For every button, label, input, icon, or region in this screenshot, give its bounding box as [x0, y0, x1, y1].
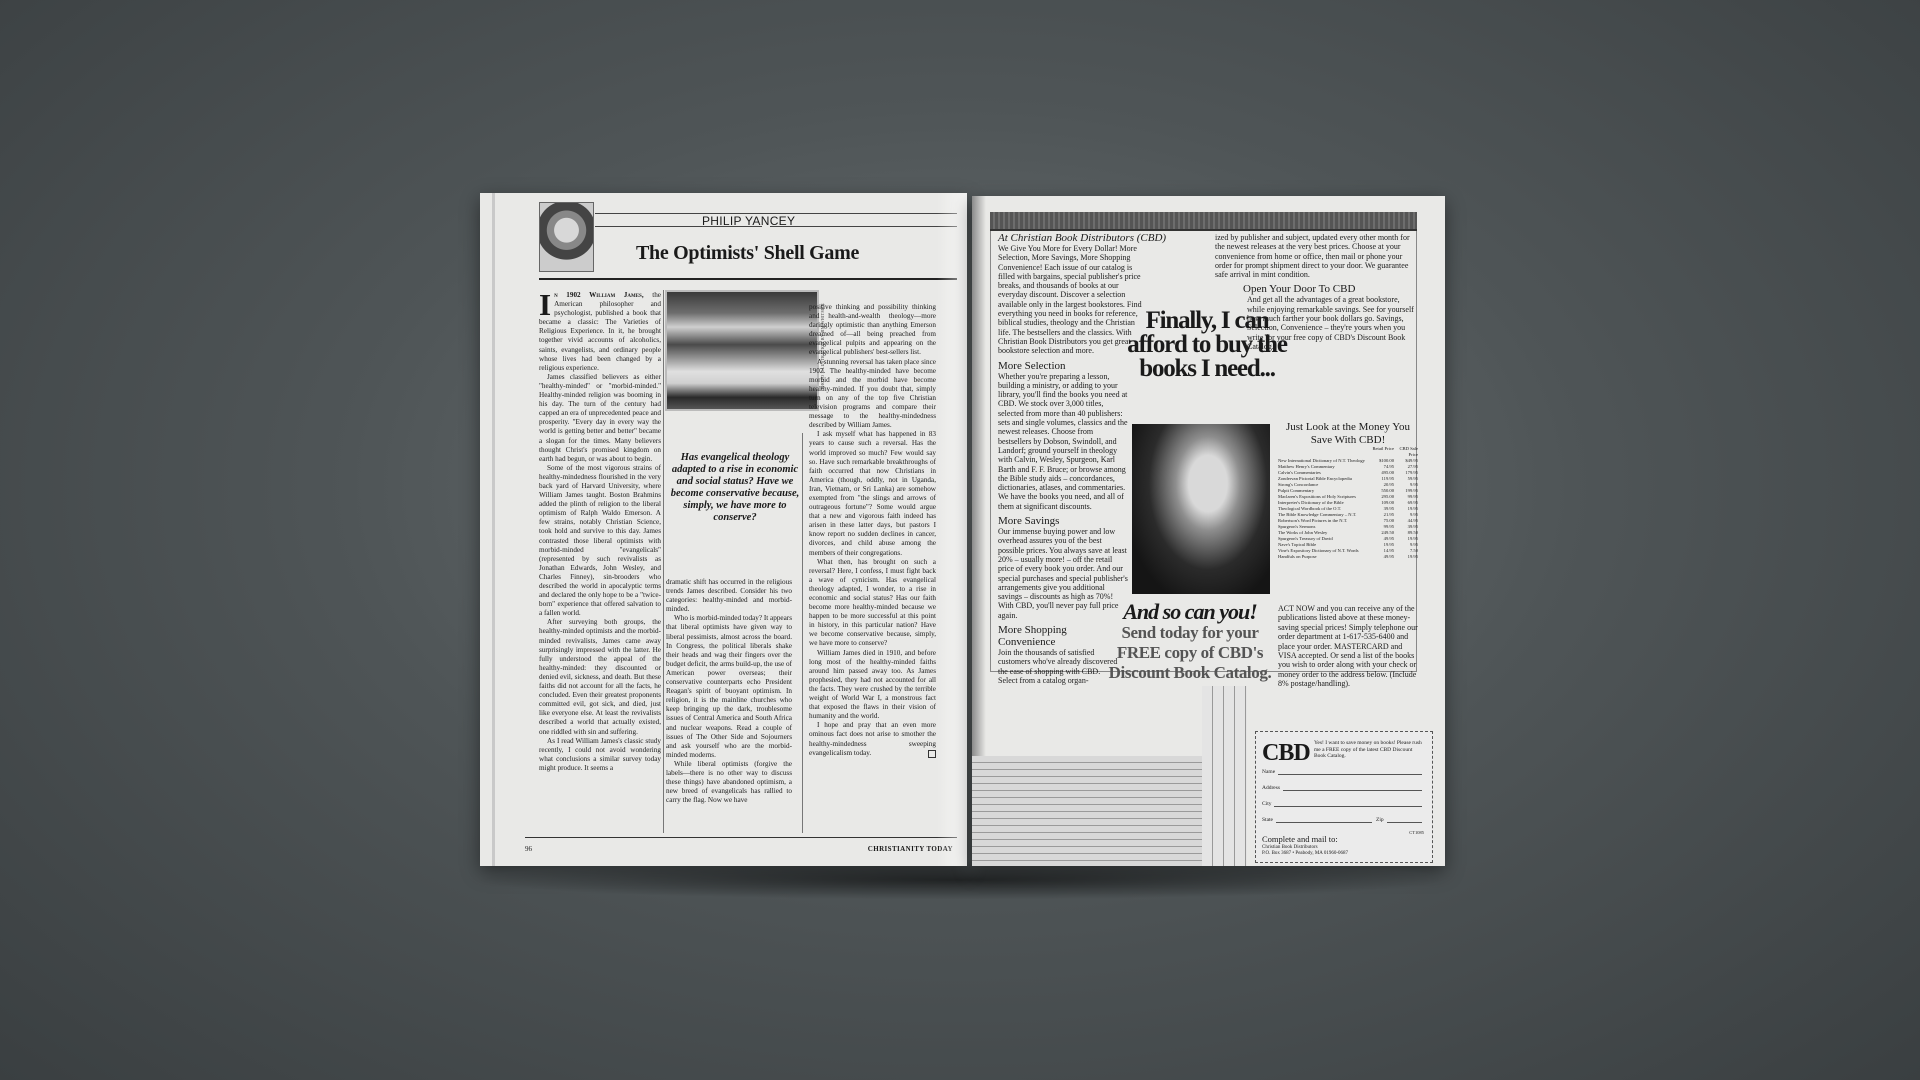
- retail-price-header: Retail Price: [1370, 446, 1394, 458]
- paragraph: A stunning reversal has taken place sinc…: [809, 358, 936, 431]
- paragraph-text: I hope and pray that an even more ominou…: [809, 721, 936, 756]
- act-now-text: ACT NOW and you can receive any of the p…: [1278, 604, 1418, 689]
- catalog-text: ized by publisher and subject, updated e…: [1215, 233, 1420, 279]
- paragraph: While liberal optimists (forgive the lab…: [666, 760, 792, 805]
- city-field[interactable]: City: [1262, 800, 1422, 807]
- cbd-logo: CBD: [1262, 740, 1310, 767]
- paragraph: After surveying both groups, the healthy…: [539, 618, 661, 736]
- door-heading: Open Your Door To CBD: [1243, 283, 1420, 295]
- column-rule: [802, 433, 803, 833]
- author-portrait-image: [539, 202, 594, 272]
- field-label: City: [1262, 801, 1271, 807]
- magazine-name: CHRISTIANITY TODAY: [868, 845, 953, 853]
- end-mark-icon: [928, 750, 936, 758]
- field-label: Name: [1262, 769, 1275, 775]
- pull-quote: Has evangelical theology adapted to a ri…: [670, 452, 800, 524]
- top-band: [990, 212, 1417, 231]
- author-byline: PHILIP YANCEY: [702, 214, 795, 228]
- left-page: PHILIP YANCEY The Optimists' Shell Game …: [480, 193, 967, 866]
- convenience-text: Join the thousands of satisfied customer…: [998, 648, 1118, 685]
- mail-address: Christian Book Distributors P.O. Box 368…: [1262, 845, 1348, 857]
- name-field[interactable]: Name: [1262, 768, 1422, 775]
- order-coupon: CBD Yes! I want to save money on books! …: [1255, 731, 1433, 863]
- paragraph: dramatic shift has occurred in the relig…: [666, 578, 792, 614]
- price-table-header: Retail Price CBD Sale Price: [1278, 446, 1418, 458]
- paragraph: positive thinking and possibility thinki…: [809, 303, 936, 358]
- sailboat-photo: [665, 290, 819, 411]
- paragraph: I hope and pray that an even more ominou…: [809, 721, 936, 757]
- man-with-glasses-photo: [1132, 424, 1270, 594]
- zip-field[interactable]: Zip: [1376, 816, 1422, 823]
- address-field[interactable]: Address: [1262, 784, 1422, 791]
- sale-price-header: CBD Sale Price: [1394, 446, 1418, 458]
- ad-headline: Finally, I can afford to buy the books I…: [1122, 309, 1292, 381]
- paragraph: William James died in 1910, and before l…: [809, 649, 936, 722]
- paragraph: Some of the most vigorous strains of hea…: [539, 464, 661, 619]
- column-rule: [663, 290, 664, 833]
- coupon-text: Yes! I want to save money on books! Plea…: [1314, 740, 1424, 760]
- slogan-line-1: And so can you!: [1104, 601, 1276, 623]
- price-heading: Just Look at the Money You Save With CBD…: [1278, 421, 1418, 447]
- price-row: Handfuls on Purpose49.9519.95: [1278, 554, 1418, 560]
- paragraph: What then, has brought on such a reversa…: [809, 558, 936, 649]
- article-title: The Optimists' Shell Game: [636, 242, 859, 265]
- page-number: 96: [525, 845, 532, 853]
- price-table: Retail Price CBD Sale Price New Internat…: [1278, 446, 1418, 560]
- footer-rule: [525, 837, 957, 838]
- page-edge: [492, 193, 495, 866]
- coupon-code: CT1085: [1409, 830, 1424, 835]
- right-page-advertisement: At Christian Book Distributors (CBD) We …: [972, 196, 1445, 866]
- state-field[interactable]: State: [1262, 816, 1372, 823]
- article-column-3: positive thinking and possibility thinki…: [809, 303, 936, 758]
- title-rule: [539, 278, 957, 280]
- byline-rule: [770, 226, 957, 227]
- paragraph: Who is morbid-minded today? It appears t…: [666, 614, 792, 760]
- paragraph: As I read William James's classic study …: [539, 737, 661, 773]
- slogan-line-2: Send today for your FREE copy of CBD's D…: [1104, 623, 1276, 683]
- field-label: State: [1262, 817, 1273, 823]
- drop-cap: I: [539, 292, 551, 318]
- article-column-2: dramatic shift has occurred in the relig…: [666, 578, 792, 805]
- retail-price: 49.95: [1370, 554, 1394, 560]
- mail-label: Complete and mail to:: [1262, 834, 1338, 844]
- sale-price: 19.95: [1394, 554, 1418, 560]
- lead-in: n 1902 William James,: [554, 291, 644, 299]
- price-rows: New International Dictionary of N.T. The…: [1278, 458, 1418, 560]
- field-label: Zip: [1376, 817, 1384, 823]
- convenience-heading: More Shopping Convenience: [998, 624, 1088, 648]
- field-label: Address: [1262, 785, 1280, 791]
- paragraph: James classified believers as either "he…: [539, 373, 661, 464]
- paragraph: the American philosopher and psychologis…: [539, 291, 661, 372]
- slogan: And so can you! Send today for your FREE…: [1104, 601, 1276, 683]
- selection-text: Whether you're preparing a lesson, build…: [998, 372, 1128, 511]
- intro-heading: At Christian Book Distributors (CBD): [998, 232, 1188, 244]
- paragraph: I ask myself what has happened in 83 yea…: [809, 430, 936, 557]
- book-title: Handfuls on Purpose: [1278, 554, 1370, 560]
- book-stack-photo: [972, 756, 1247, 866]
- article-column-1: In 1902 William James, the American phil…: [539, 291, 661, 941]
